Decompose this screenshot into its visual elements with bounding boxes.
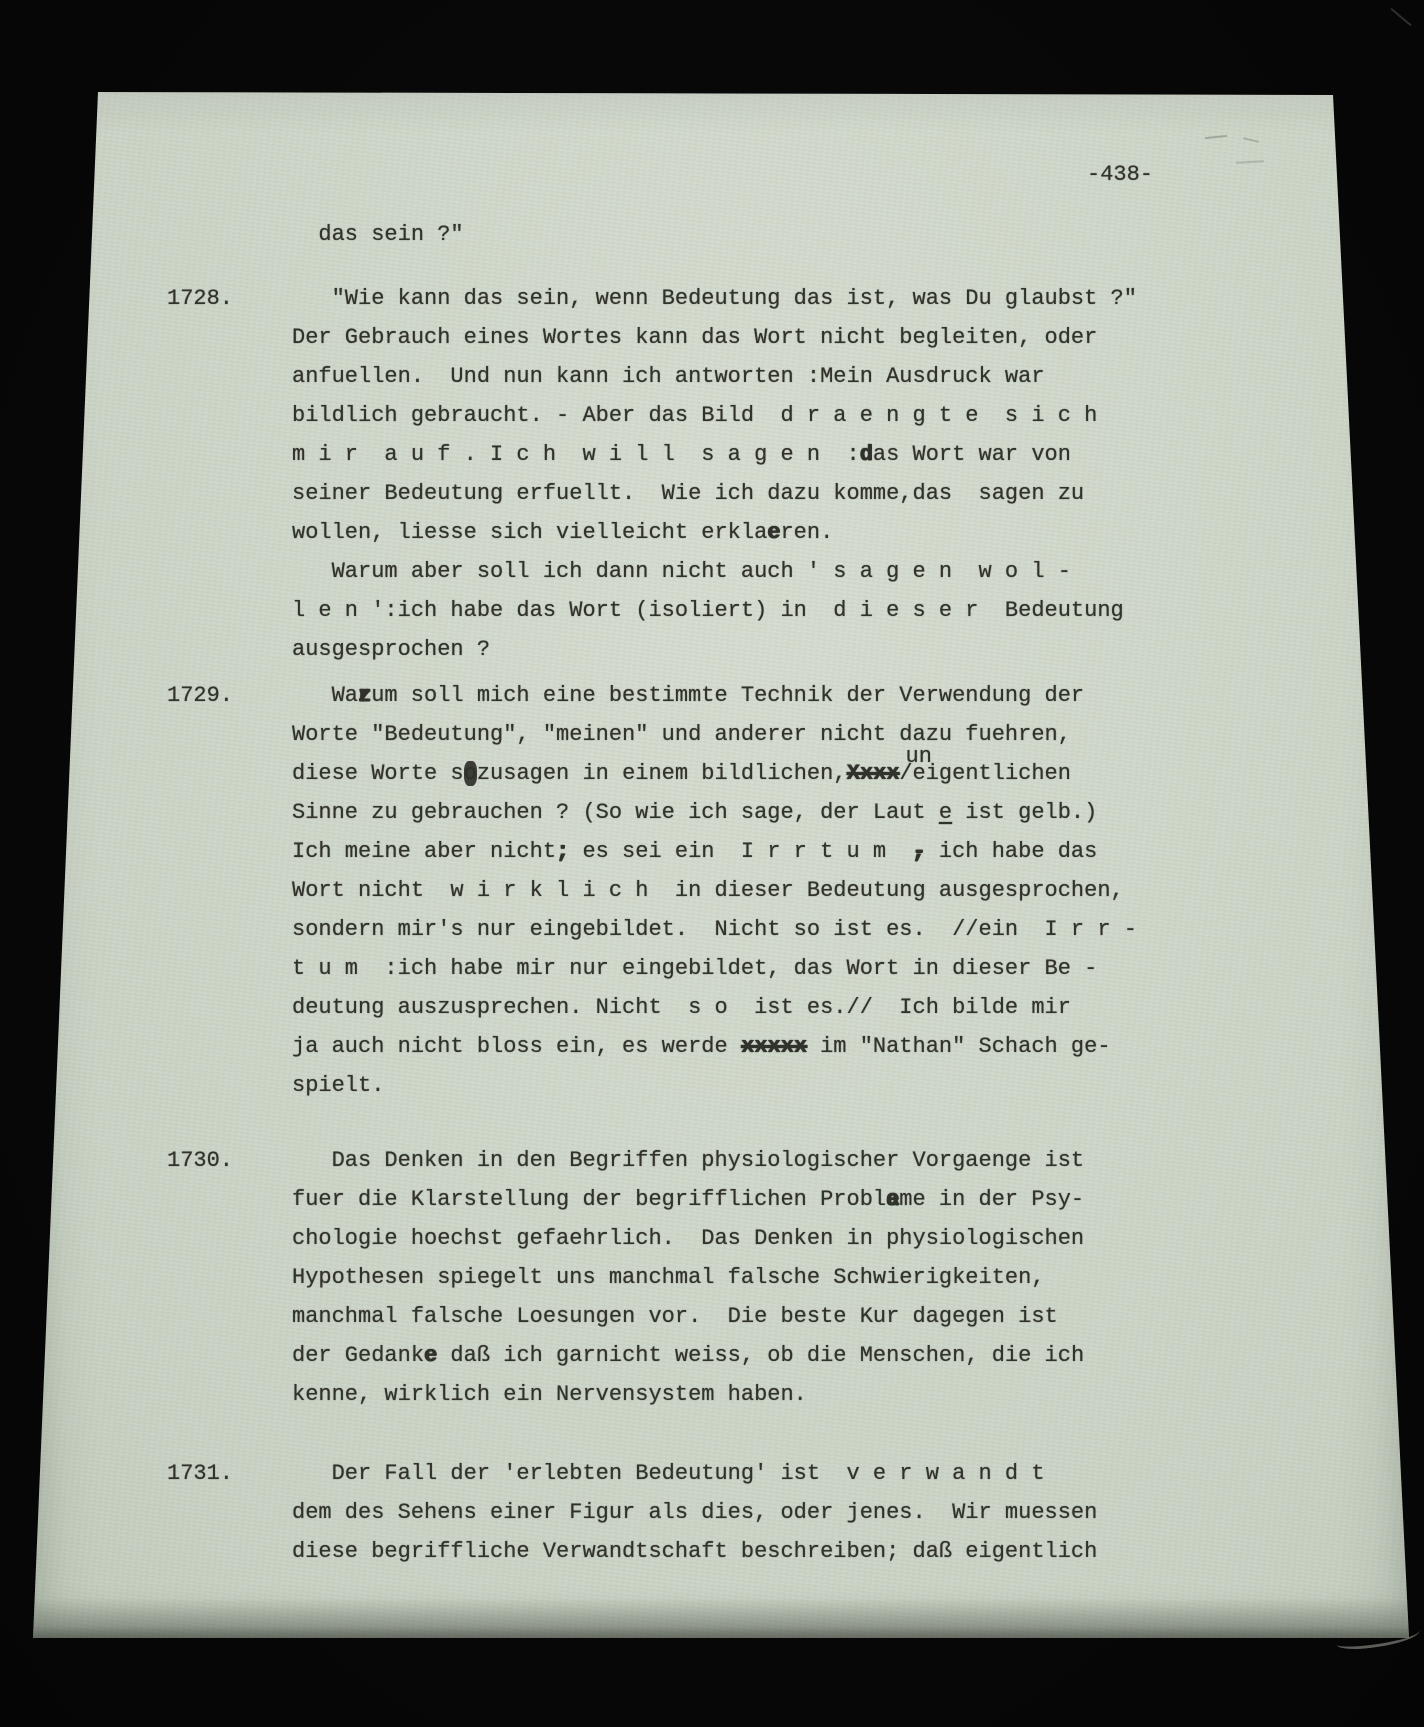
text-line: chologie hoechst gefaehrlich. Das Denken… [292, 1219, 1084, 1258]
paragraph-number: 1729. [167, 676, 233, 715]
text-line: dem des Sehens einer Figur als dies, ode… [292, 1493, 1097, 1532]
paragraph-number: 1728. [167, 279, 233, 318]
text-line: Warum aber soll ich dann nicht auch ' s … [292, 552, 1137, 591]
text-line: manchmal falsche Loesungen vor. Die best… [292, 1297, 1084, 1336]
text-line: l e n ':ich habe das Wort (isoliert) in … [292, 591, 1137, 630]
text-column: das sein ?"1728. "Wie kann das sein, wen… [33, 92, 1410, 1638]
text-line: Ich meine aber nicht; es sei ein I r r t… [292, 832, 1137, 871]
text-line: diese begriffliche Verwandtschaft beschr… [292, 1532, 1097, 1571]
text-line: m i r a u f . I c h w i l l s a g e n :d… [292, 435, 1137, 474]
text-line: ja auch nicht bloss ein, es werde xxxxx … [292, 1027, 1137, 1066]
text-line: Das Denken in den Begriffen physiologisc… [292, 1141, 1084, 1180]
text-line: ausgesprochen ? [292, 630, 1137, 669]
text-line: Wort nicht w i r k l i c h in dieser Bed… [292, 871, 1137, 910]
text-line: Wazrum soll mich eine bestimmte Technik … [292, 676, 1137, 715]
text-line: Der Fall der 'erlebten Bedeutung' ist v … [292, 1454, 1097, 1493]
photograph-background: -438- das sein ?"1728. "Wie kann das sei… [0, 0, 1424, 1727]
paragraph-number: 1730. [167, 1141, 233, 1180]
text-line: kenne, wirklich ein Nervensystem haben. [292, 1375, 1084, 1414]
text-line: Hypothesen spiegelt uns manchmal falsche… [292, 1258, 1084, 1297]
text-line: Sinne zu gebrauchen ? (So wie ich sage, … [292, 793, 1137, 832]
text-line: spielt. [292, 1066, 1137, 1105]
text-line: der Gedanke daß ich garnicht weiss, ob d… [292, 1336, 1084, 1375]
text-line: deutung auszusprechen. Nicht s o ist es.… [292, 988, 1137, 1027]
text-line: "Wie kann das sein, wenn Bedeutung das i… [292, 279, 1137, 318]
text-line: Der Gebrauch eines Wortes kann das Wort … [292, 318, 1137, 357]
text-line: bildlich gebraucht. - Aber das Bild d r … [292, 396, 1137, 435]
text-line: das sein ?" [292, 215, 464, 254]
text-line: wollen, liesse sich vielleicht erklaeren… [292, 513, 1137, 552]
paragraph-number: 1731. [167, 1454, 233, 1493]
document-page: -438- das sein ?"1728. "Wie kann das sei… [33, 92, 1410, 1638]
text-line: seiner Bedeutung erfuellt. Wie ich dazu … [292, 474, 1137, 513]
text-line: t u m :ich habe mir nur eingebildet, das… [292, 949, 1137, 988]
pencil-mark [1390, 8, 1411, 26]
text-line: fuer die Klarstellung der begrifflichen … [292, 1180, 1084, 1219]
text-line: Worte "Bedeutung", "meinen" und anderer … [292, 715, 1137, 754]
text-line: diese Worte sozusagen in einem bildliche… [292, 754, 1137, 793]
text-line: sondern mir's nur eingebildet. Nicht so … [292, 910, 1137, 949]
text-line: anfuellen. Und nun kann ich antworten :M… [292, 357, 1137, 396]
